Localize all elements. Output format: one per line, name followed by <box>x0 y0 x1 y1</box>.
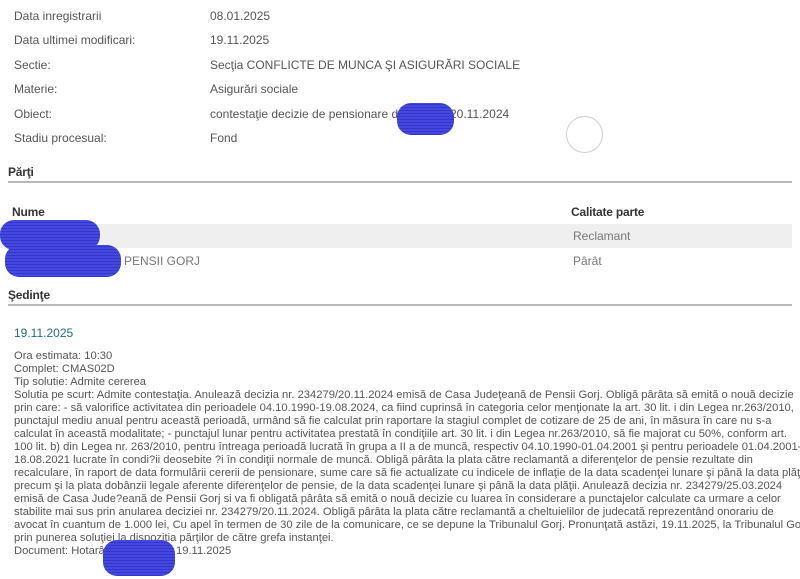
party-name: PENSII GORJ <box>124 249 200 273</box>
hearing-date: 19.11.2025 <box>14 326 73 340</box>
detail-value-suffix: 20.11.2024 <box>450 107 509 121</box>
hearing-line: prin care: - să valorifice activitatea d… <box>14 402 789 415</box>
hearing-line: emisă de Casa Jude?eană de Pensii Gorj s… <box>14 493 789 506</box>
table-row: Reclamant <box>0 224 792 248</box>
hearing-line: Ora estimata: 10:30 <box>14 350 789 363</box>
detail-value: Asigurări sociale <box>210 82 298 96</box>
hearing-line: stabilite mai sus prin anularea deciziei… <box>14 506 789 519</box>
detail-label: Sectie: <box>14 58 51 72</box>
hearing-line: calculat în această modalitate; - puncta… <box>14 428 789 441</box>
detail-label: Materie: <box>14 82 57 96</box>
party-role: Reclamant <box>573 224 630 248</box>
hearing-line: Complet: CMAS02D <box>14 363 789 376</box>
section-title-hearings: Şedinţe <box>8 288 50 302</box>
hearing-line: Solutia pe scurt: Admite contestaţia. An… <box>14 389 789 402</box>
detail-value-prefix: contestaţie decizie de pensionare dec. <box>210 107 414 121</box>
column-header-role: Calitate parte <box>571 205 644 219</box>
hearing-line: avocat în cuantum de 1.000 lei, Cu apel … <box>14 519 789 532</box>
detail-value: Secţia CONFLICTE DE MUNCA ŞI ASIGURĂRI S… <box>210 58 520 72</box>
hearing-details: Ora estimata: 10:30 Complet: CMAS02D Tip… <box>14 350 789 558</box>
hearing-line: punctajul mediu anual pentru această per… <box>14 415 789 428</box>
hearing-line: 100 lit. b) din Legea nr. 263/2010, pent… <box>14 441 789 454</box>
hearing-line: precum şi la plata dobânzii legale afere… <box>14 480 789 493</box>
circle-button[interactable] <box>566 116 603 153</box>
hearing-line: 18.08.2021 lucrate în condi?ii deosebite… <box>14 454 789 467</box>
detail-label: Obiect: <box>14 107 52 121</box>
hearing-line: Tip solutie: Admite cererea <box>14 376 789 389</box>
section-divider <box>8 304 792 306</box>
detail-value: 19.11.2025 <box>210 33 269 47</box>
section-title-parties: Părţi <box>8 165 34 179</box>
party-role: Pârât <box>573 249 602 273</box>
hearing-line: recalculare, în raport de data formulări… <box>14 467 789 480</box>
detail-value: Fond <box>210 131 237 145</box>
document-date: 19.11.2025 <box>176 545 231 558</box>
column-header-name: Nume <box>12 205 45 219</box>
detail-value: 08.01.2025 <box>210 9 270 23</box>
section-divider <box>8 181 792 183</box>
detail-label: Data inregistrarii <box>14 9 101 23</box>
redaction-mark <box>103 540 175 576</box>
redaction-mark <box>5 245 121 277</box>
detail-label: Data ultimei modificari: <box>14 33 135 47</box>
detail-label: Stadiu procesual: <box>14 131 107 145</box>
document-prefix: Document: Hotarâ <box>14 545 105 557</box>
redaction-mark <box>397 103 454 135</box>
